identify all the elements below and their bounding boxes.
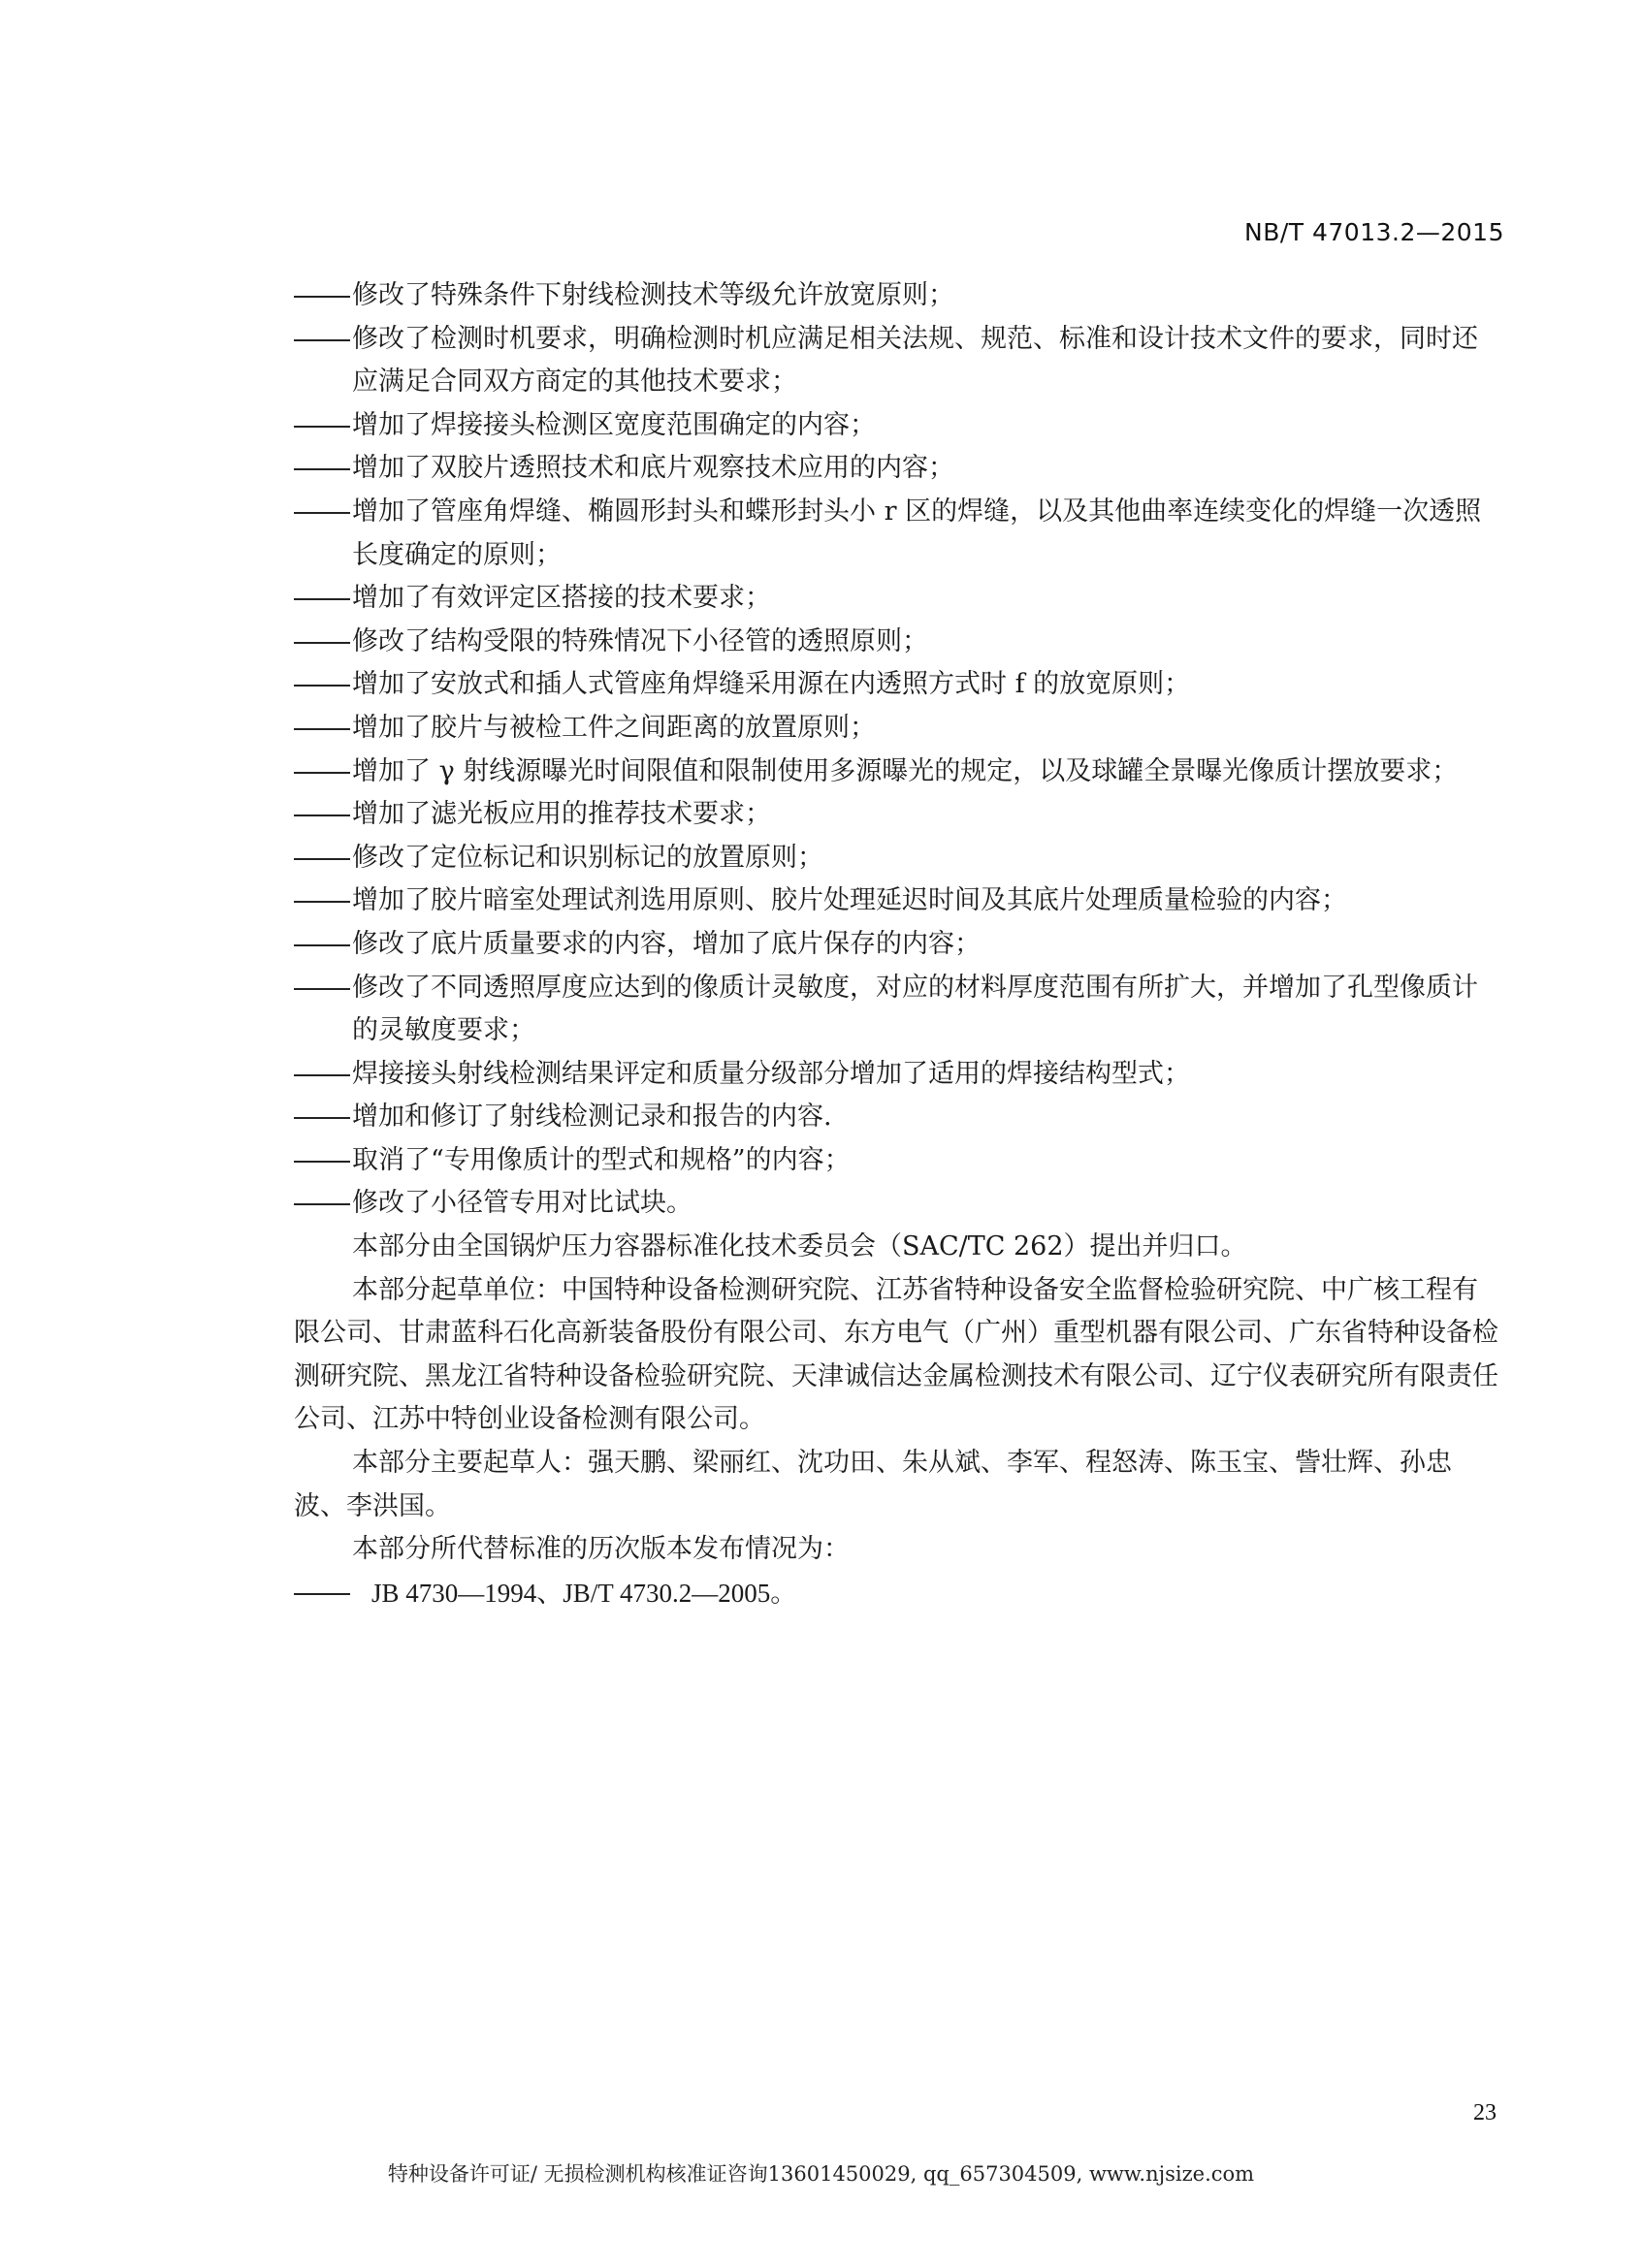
change-item: 增加了有效评定区搭接的技术要求； <box>294 577 1501 621</box>
change-item-text: 增加了有效评定区搭接的技术要求； <box>352 583 771 613</box>
change-item: 修改了检测时机要求，明确检测时机应满足相关法规、规范、标准和设计技术文件的要求，… <box>294 318 1501 404</box>
change-item-text: 修改了不同透照厚度应达到的像质计灵敏度，对应的材料厚度范围有所扩大，并增加了孔型… <box>352 973 1478 1046</box>
history-versions: JB 4730—1994、JB/T 4730.2—2005。 <box>294 1572 1501 1616</box>
change-item: 增加了胶片暗室处理试剂选用原则、胶片处理延迟时间及其底片处理质量检验的内容； <box>294 879 1501 923</box>
change-item: 增加了安放式和插人式管座角焊缝采用源在内透照方式时 f 的放宽原则； <box>294 663 1501 707</box>
change-item: 增加了滤光板应用的推荐技术要求； <box>294 793 1501 837</box>
change-item: 增加和修订了射线检测记录和报告的内容. <box>294 1096 1501 1139</box>
change-item: 修改了特殊条件下射线检测技术等级允许放宽原则； <box>294 274 1501 318</box>
change-item: 增加了双胶片透照技术和底片观察技术应用的内容； <box>294 447 1501 491</box>
change-item: 修改了小径管专用对比试块。 <box>294 1182 1501 1226</box>
change-item: 修改了底片质量要求的内容，增加了底片保存的内容； <box>294 923 1501 967</box>
change-item-text: 增加了滤光板应用的推荐技术要求； <box>352 799 771 829</box>
proposer-paragraph: 本部分由全国锅炉压力容器标准化技术委员会（SAC/TC 262）提出并归口。 <box>294 1226 1501 1269</box>
change-item-text: 增加了 γ 射线源曝光时间限值和限制使用多源曝光的规定，以及球罐全景曝光像质计摆… <box>352 756 1458 786</box>
change-item: 增加了胶片与被检工件之间距离的放置原则； <box>294 707 1501 751</box>
history-versions-text: JB 4730—1994、JB/T 4730.2—2005。 <box>371 1579 796 1608</box>
change-item: 增加了管座角焊缝、椭圆形封头和蝶形封头小 r 区的焊缝，以及其他曲率连续变化的焊… <box>294 491 1501 577</box>
change-item-text: 焊接接头射线检测结果评定和质量分级部分增加了适用的焊接结构型式； <box>352 1059 1190 1089</box>
change-item: 修改了定位标记和识别标记的放置原则； <box>294 837 1501 880</box>
change-item: 修改了不同透照厚度应达到的像质计灵敏度，对应的材料厚度范围有所扩大，并增加了孔型… <box>294 967 1501 1053</box>
change-item-text: 增加和修订了射线检测记录和报告的内容. <box>352 1102 832 1132</box>
change-item: 焊接接头射线检测结果评定和质量分级部分增加了适用的焊接结构型式； <box>294 1053 1501 1097</box>
change-item-text: 取消了“专用像质计的型式和规格”的内容； <box>352 1145 851 1175</box>
change-item-text: 修改了检测时机要求，明确检测时机应满足相关法规、规范、标准和设计技术文件的要求，… <box>352 324 1478 398</box>
change-item: 修改了结构受限的特殊情况下小径管的透照原则； <box>294 621 1501 664</box>
history-intro-paragraph: 本部分所代替标准的历次版本发布情况为： <box>294 1528 1501 1572</box>
page-number: 23 <box>1473 2100 1497 2126</box>
drafting-units-paragraph: 本部分起草单位：中国特种设备检测研究院、江苏省特种设备安全监督检验研究院、中广核… <box>294 1269 1501 1442</box>
change-item-text: 增加了管座角焊缝、椭圆形封头和蝶形封头小 r 区的焊缝，以及其他曲率连续变化的焊… <box>352 496 1481 570</box>
change-item-text: 修改了底片质量要求的内容，增加了底片保存的内容； <box>352 929 981 959</box>
change-item: 增加了 γ 射线源曝光时间限值和限制使用多源曝光的规定，以及球罐全景曝光像质计摆… <box>294 751 1501 794</box>
main-drafters-paragraph: 本部分主要起草人：强天鹏、梁丽红、沈功田、朱从斌、李军、程怒涛、陈玉宝、訾壮辉、… <box>294 1442 1501 1528</box>
change-item-text: 增加了双胶片透照技术和底片观察技术应用的内容； <box>352 453 954 483</box>
standard-number-header: NB/T 47013.2—2015 <box>1244 218 1504 246</box>
change-item-text: 增加了安放式和插人式管座角焊缝采用源在内透照方式时 f 的放宽原则； <box>352 669 1190 699</box>
change-item-text: 修改了特殊条件下射线检测技术等级允许放宽原则； <box>352 280 954 310</box>
change-item-text: 增加了胶片与被检工件之间距离的放置原则； <box>352 713 876 743</box>
change-item-text: 修改了小径管专用对比试块。 <box>352 1188 692 1218</box>
document-body: 修改了特殊条件下射线检测技术等级允许放宽原则； 修改了检测时机要求，明确检测时机… <box>294 274 1501 1615</box>
footer-watermark: 特种设备许可证/ 无损检测机构核准证咨询13601450029, qq_6573… <box>0 2158 1642 2188</box>
change-item: 增加了焊接接头检测区宽度范围确定的内容； <box>294 404 1501 448</box>
change-item-text: 修改了结构受限的特殊情况下小径管的透照原则； <box>352 626 928 656</box>
change-item-text: 修改了定位标记和识别标记的放置原则； <box>352 843 823 873</box>
change-item-text: 增加了胶片暗室处理试剂选用原则、胶片处理延迟时间及其底片处理质量检验的内容； <box>352 885 1347 915</box>
change-item: 取消了“专用像质计的型式和规格”的内容； <box>294 1139 1501 1183</box>
change-item-text: 增加了焊接接头检测区宽度范围确定的内容； <box>352 410 876 440</box>
